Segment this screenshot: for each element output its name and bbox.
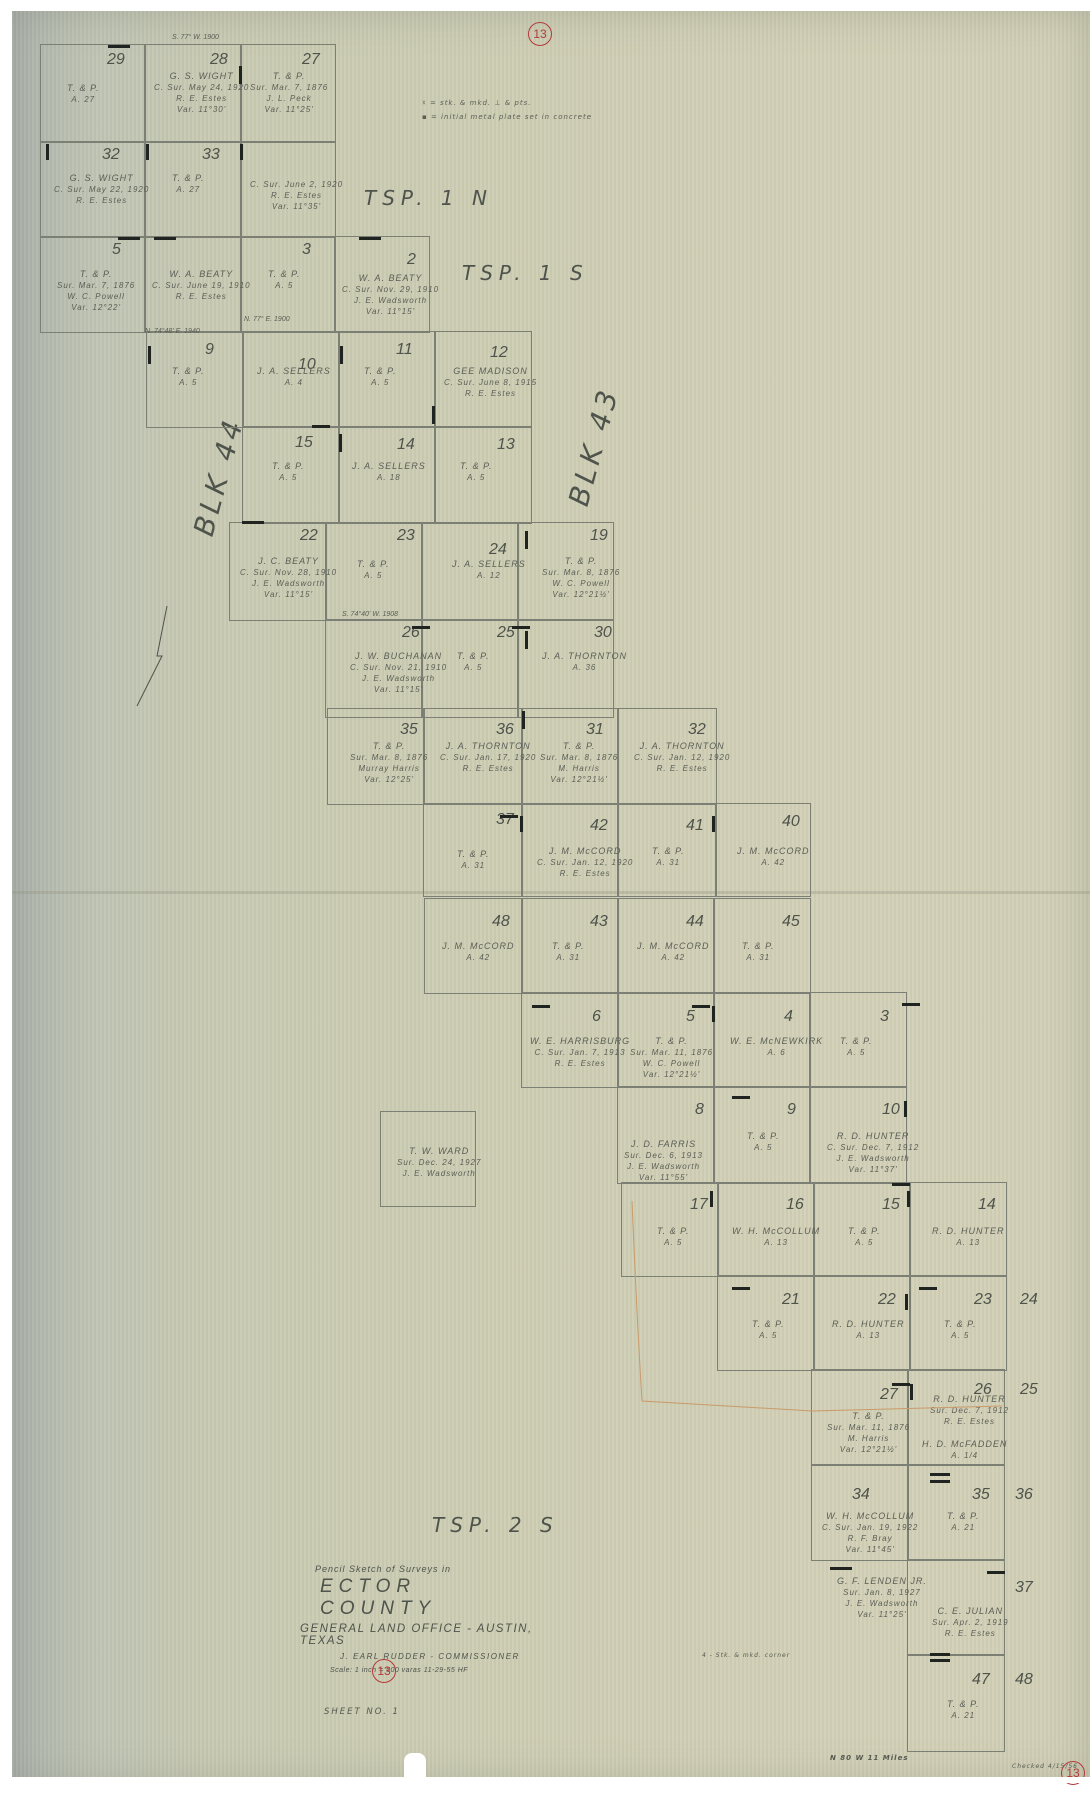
title-county: ECTOR COUNTY [320, 1576, 540, 1620]
section-number: 19 [590, 527, 608, 545]
monument-mark [148, 346, 151, 364]
bearing-note: S. 74°40' W. 1908 [342, 611, 398, 618]
grantee-block: W. A. BEATYC. Sur. June 19, 1910R. E. Es… [152, 269, 251, 302]
section-number: 2 [407, 251, 416, 269]
grantee-block: J. A. SELLERSA. 18 [352, 461, 426, 483]
section-number: 11 [396, 341, 413, 359]
section-number: 12 [490, 344, 508, 362]
grantee-block: T. & P.Sur. Mar. 7, 1876J. L. PeckVar. 1… [250, 71, 328, 115]
section-number: 35 [400, 721, 418, 739]
checked-note: Checked 4/15/56 [1012, 1763, 1078, 1770]
monument-mark [830, 1567, 852, 1570]
monument-mark [930, 1473, 950, 1476]
grantee-block: W. E. McNEWKIRKA. 6 [730, 1036, 823, 1058]
grantee-block: G. S. WIGHTC. Sur. May 24, 1920R. E. Est… [154, 71, 249, 115]
grantee-block: T. & P.A. 31 [652, 846, 685, 868]
legend: ☓ = stk. & mkd. ⊥ & pts. ▪ = initial met… [422, 96, 592, 124]
section-number: 36 [496, 721, 514, 739]
grantee-block: T. & P.A. 31 [742, 941, 775, 963]
monument-mark [412, 626, 430, 629]
grantee-block: W. A. BEATYC. Sur. Nov. 29, 1910J. E. Wa… [342, 273, 439, 317]
section-number: 35 [972, 1486, 990, 1504]
section-number: 36 [1015, 1486, 1033, 1504]
section-number: 22 [300, 527, 318, 545]
section-number: 10 [882, 1101, 900, 1119]
grantee-block: T. & P.A. 5 [268, 269, 301, 291]
section-number: 44 [686, 913, 704, 931]
direction-note: N 80 W 11 Miles [830, 1754, 909, 1762]
grantee-block: W. E. HARRISBURGC. Sur. Jan. 7, 1913R. E… [530, 1036, 630, 1069]
monument-mark [339, 434, 342, 452]
sheet-number: SHEET NO. 1 [324, 1707, 400, 1717]
grantee-block: T. & P.Sur. Mar. 8, 1876Murray HarrisVar… [350, 741, 428, 785]
section-number: 25 [1020, 1381, 1038, 1399]
grantee-block: T. & P.Sur. Mar. 7, 1876W. C. PowellVar.… [57, 269, 135, 313]
section-number: 45 [782, 913, 800, 931]
section-number: 31 [586, 721, 604, 739]
section-number: 47 [972, 1671, 990, 1689]
grantee-block: J. M. McCORDA. 42 [737, 846, 810, 868]
blk-44-label: BLK 44 [187, 413, 250, 539]
grantee-block: J. M. McCORDA. 42 [442, 941, 515, 963]
monument-mark [118, 237, 140, 240]
section-number: 48 [492, 913, 510, 931]
grantee-block: T. & P.A. 31 [552, 941, 585, 963]
monument-mark [904, 1101, 907, 1117]
section-number: 14 [397, 436, 415, 454]
grantee-block: GEE MADISONC. Sur. June 8, 1915R. E. Est… [444, 366, 537, 399]
section-number: 30 [594, 624, 612, 642]
title-office: GENERAL LAND OFFICE - AUSTIN, TEXAS [300, 1623, 540, 1647]
grantee-block: C. E. JULIANSur. Apr. 2, 1919R. E. Estes [932, 1606, 1009, 1639]
monument-mark [512, 626, 530, 629]
legend-item-1: ☓ = stk. & mkd. ⊥ & pts. [422, 96, 592, 110]
grantee-block: J. M. McCORDA. 42 [637, 941, 710, 963]
grantee-block: T. & P.A. 5 [747, 1131, 780, 1153]
bearing-note: N. 77° E. 1900 [244, 316, 290, 323]
grantee-block: T. & P.A. 27 [67, 83, 100, 105]
monument-mark [892, 1183, 910, 1186]
monument-mark [987, 1571, 1005, 1574]
monument-mark [525, 531, 528, 549]
monument-mark [732, 1096, 750, 1099]
grantee-block: J. A. SELLERSA. 12 [452, 559, 526, 581]
monument-mark [154, 237, 176, 240]
section-number: 37 [496, 811, 514, 829]
title-stamp: 13 [372, 1659, 396, 1683]
grantee-block: T. & P.A. 21 [947, 1511, 980, 1533]
section-number: 15 [295, 434, 313, 452]
monument-mark [242, 521, 264, 524]
bearing-note: N. 74°48' E. 1940 [145, 328, 200, 335]
section-number: 8 [695, 1101, 704, 1119]
blk-43-label: BLK 43 [562, 383, 625, 509]
grantee-block: T. W. WARDSur. Dec. 24, 1927J. E. Wadswo… [397, 1146, 481, 1179]
sheet-stamp: 13 [528, 22, 552, 46]
section-number: 9 [787, 1101, 796, 1119]
section-number: 43 [590, 913, 608, 931]
section-number: 24 [489, 541, 507, 559]
corner-legend-note: 4 - Stk. & mkd. corner [702, 1652, 790, 1659]
monument-mark [930, 1653, 950, 1656]
grantee-block: J. A. SELLERSA. 4 [257, 366, 331, 388]
monument-mark [240, 144, 243, 160]
grantee-block: C. Sur. June 2, 1920R. E. EstesVar. 11°3… [250, 179, 343, 212]
title-line-1: Pencil Sketch of Surveys in [315, 1564, 540, 1574]
tsp-1n-label: TSP. 1 N [364, 186, 493, 210]
monument-mark [46, 144, 49, 160]
section-number: 32 [102, 146, 120, 164]
section-number: 40 [782, 813, 800, 831]
grantee-block: H. D. McFADDENA. 1/4 [922, 1439, 1007, 1461]
monument-mark [712, 1006, 715, 1022]
monument-mark [340, 346, 343, 364]
section-number: 23 [397, 527, 415, 545]
grantee-block: T. & P.A. 5 [460, 461, 493, 483]
title-commissioner: J. EARL RUDDER - COMMISSIONER [340, 1652, 540, 1661]
monument-mark [108, 45, 130, 48]
grantee-block: G. F. LENDEN JR.Sur. Jan. 8, 1927J. E. W… [837, 1576, 927, 1620]
monument-mark [930, 1480, 950, 1483]
title-scale: Scale: 1 inch = 500 varas 11-29-55 HF [330, 1667, 540, 1674]
grantee-block: J. A. THORNTONA. 36 [542, 651, 627, 673]
monument-mark [522, 711, 525, 729]
section-number: 24 [1020, 1291, 1038, 1309]
section-number: 3 [302, 241, 311, 259]
section-number: 5 [686, 1008, 695, 1026]
section-number: 48 [1015, 1671, 1033, 1689]
grantee-block: J. M. McCORDC. Sur. Jan. 12, 1920R. E. E… [537, 846, 633, 879]
grantee-block: T. & P.A. 5 [457, 651, 490, 673]
section-number: 3 [880, 1008, 889, 1026]
grantee-block: R. D. HUNTERC. Sur. Dec. 7, 1912J. E. Wa… [827, 1131, 919, 1175]
section-number: 33 [202, 146, 220, 164]
grantee-block: T. & P.A. 27 [172, 173, 205, 195]
grantee-block: J. A. THORNTONC. Sur. Jan. 12, 1920R. E.… [634, 741, 730, 774]
section-number: 4 [784, 1008, 793, 1026]
grantee-block: J. W. BUCHANANC. Sur. Nov. 21, 1910J. E.… [350, 651, 447, 695]
grantee-block: W. H. McCOLLUMC. Sur. Jan. 19, 1922R. F.… [822, 1511, 918, 1555]
grantee-block: T. & P.A. 5 [840, 1036, 873, 1058]
legend-item-2: ▪ = initial metal plate set in concrete [422, 110, 592, 124]
monument-mark [239, 66, 242, 84]
grantee-block: J. D. FARRISSur. Dec. 6, 1913J. E. Wadsw… [624, 1139, 703, 1183]
grantee-block: T. & P.A. 5 [357, 559, 390, 581]
grantee-block: T. & P.A. 5 [272, 461, 305, 483]
grantee-block: T. & P.A. 5 [364, 366, 397, 388]
monument-mark [902, 1003, 920, 1006]
monument-mark [712, 816, 715, 832]
monument-mark [930, 1659, 950, 1662]
monument-mark [432, 406, 435, 424]
section-number: 9 [205, 341, 214, 359]
bearing-note: S. 77° W. 1900 [172, 34, 219, 41]
monument-mark [359, 237, 381, 240]
grantee-block: J. A. THORNTONC. Sur. Jan. 17, 1920R. E.… [440, 741, 536, 774]
grantee-block: T. & P.Sur. Mar. 8, 1876W. C. PowellVar.… [542, 556, 620, 600]
section-number: 13 [497, 436, 515, 454]
grantee-block: T. & P.Sur. Mar. 8, 1876M. HarrisVar. 12… [540, 741, 618, 785]
monument-mark [520, 816, 523, 832]
grantee-block: T. & P.A. 5 [172, 366, 205, 388]
section-number: 28 [210, 51, 228, 69]
section-number: 27 [302, 51, 320, 69]
monument-mark [146, 144, 149, 160]
tsp-1s-label: TSP. 1 S [462, 261, 589, 285]
section-number: 37 [1015, 1579, 1033, 1597]
grantee-block: G. S. WIGHTC. Sur. May 22, 1920R. E. Est… [54, 173, 149, 206]
section-number: 6 [592, 1008, 601, 1026]
monument-mark [532, 1005, 550, 1008]
monument-mark [692, 1005, 710, 1008]
map-sheet: 13 13 ☓ = stk. & mkd. ⊥ & pts. ▪ = initi… [12, 11, 1090, 1783]
tsp-2s-label: TSP. 2 S [432, 1513, 559, 1537]
section-number: 34 [852, 1486, 870, 1504]
tsp-boundary-line [612, 1201, 1012, 1421]
monument-mark [312, 425, 330, 428]
section-number: 42 [590, 817, 608, 835]
section-number: 29 [107, 51, 125, 69]
pencil-line [132, 601, 172, 711]
grantee-block: T. & P.A. 21 [947, 1699, 980, 1721]
monument-mark [500, 815, 518, 818]
grantee-block: J. C. BEATYC. Sur. Nov. 28, 1910J. E. Wa… [240, 556, 337, 600]
grantee-block: T. & P.A. 31 [457, 849, 490, 871]
section-number: 32 [688, 721, 706, 739]
grantee-block: T. & P.Sur. Mar. 11, 1876W. C. PowellVar… [630, 1036, 713, 1080]
title-block: Pencil Sketch of Surveys in ECTOR COUNTY… [300, 1564, 540, 1674]
section-number: 41 [686, 817, 704, 835]
bottom-edge [12, 1777, 1090, 1783]
monument-mark [525, 631, 528, 649]
section-number: 5 [112, 241, 121, 259]
